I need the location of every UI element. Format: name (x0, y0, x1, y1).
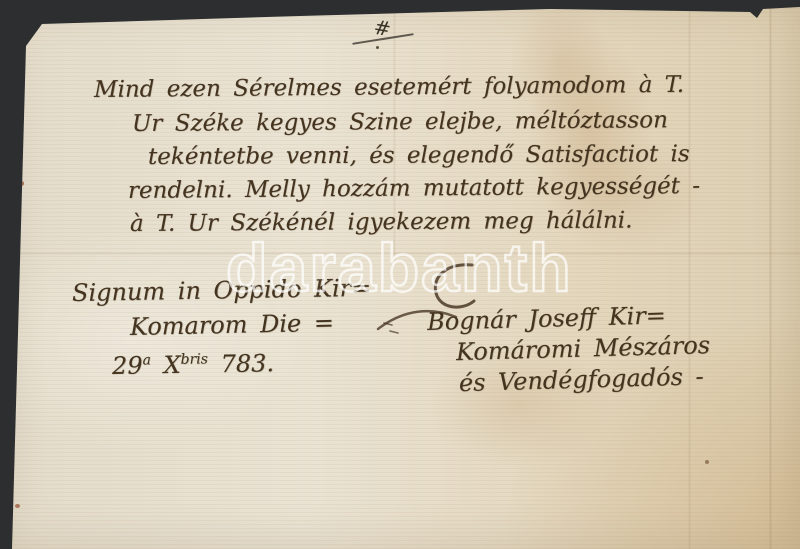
page-number-mark: # (352, 16, 422, 50)
date-day-suffix: a (142, 352, 151, 368)
body-line: rendelni. Melly hozzám mutatott kegyessé… (128, 170, 700, 208)
date-month-suffix: bris (180, 351, 208, 367)
signature-block: Bognár Joseff Kir= Komáromi Mészáros és … (427, 299, 712, 400)
date-month: X (151, 351, 181, 380)
signature-title2: és Vendégfogadós - (458, 361, 711, 399)
letter-body: Mind ezen Sérelmes esetemért folyamodom … (88, 74, 700, 242)
dateline-place: Signum in Oppido Kir= (72, 271, 372, 310)
dateline-date: 29a Xbris 783. (112, 339, 372, 383)
fold-crease (769, 0, 772, 549)
date-day: 29 (112, 351, 143, 380)
ink-fleck (15, 504, 20, 508)
body-line: à T. Ur Székénél igyekezem meg hálálni. (130, 204, 700, 241)
scanned-document-photo: # Mind ezen Sérelmes esetemért folyamodo… (0, 0, 800, 549)
manuscript-paper: # Mind ezen Sérelmes esetemért folyamodo… (0, 0, 800, 549)
dateline-block: Signum in Oppido Kir= Komarom Die = 29a … (72, 276, 371, 383)
fold-crease-horizontal (20, 252, 800, 255)
ink-fleck (705, 460, 709, 464)
ink-fleck (19, 181, 24, 186)
dateline-town: Komarom Die = (130, 305, 372, 344)
body-line: Mind ezen Sérelmes esetemért folyamodom … (94, 69, 700, 108)
date-year: 783. (208, 349, 275, 378)
body-line: tekéntetbe venni, és elegendő Satisfacti… (148, 138, 700, 174)
body-line: Ur Széke kegyes Szine elejbe, méltóztass… (132, 104, 700, 141)
